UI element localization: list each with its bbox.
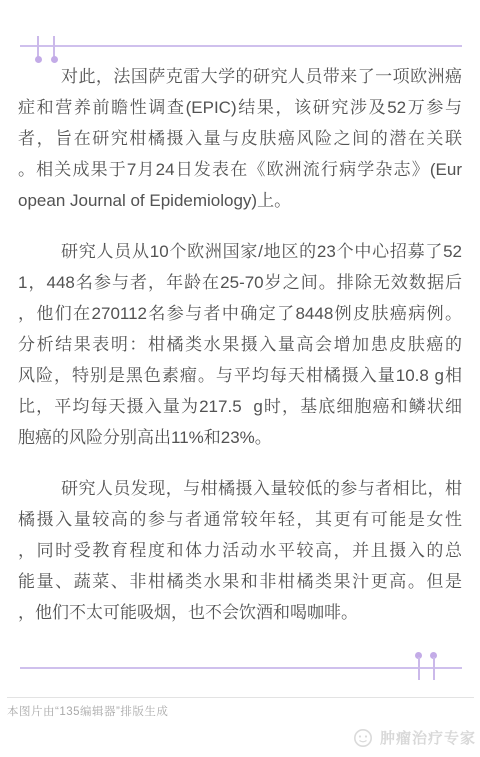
text-line: 研究人员从10个欧洲国家/地区的23个中心招募了52 — [18, 236, 462, 267]
text-line: 对此，法国萨克雷大学的研究人员带来了一项欧洲癌 — [18, 61, 462, 92]
watermark-label: 肿瘤治疗专家 — [380, 727, 476, 748]
text-line: 能量、蔬菜、非柑橘类水果和非柑橘类果汁更高。但是 — [18, 566, 462, 597]
divider-line-top — [20, 45, 462, 47]
text-line: 症和营养前瞻性调查(EPIC)结果，该研究涉及52万参与 — [18, 92, 462, 123]
text-line: 胞癌的风险分别高出11%和23%。 — [18, 422, 462, 453]
text-line: 。相关成果于7月24日发表在《欧洲流行病学杂志》(Eur — [18, 154, 462, 185]
watermark: 肿瘤治疗专家 — [353, 727, 476, 748]
text-line: 比，平均每天摄入量为217.5 g时，基底细胞癌和鳞状细 — [18, 391, 462, 422]
paragraph: 研究人员从10个欧洲国家/地区的23个中心招募了521，448名参与者，年龄在2… — [18, 236, 462, 453]
text-line: ，他们不太可能吸烟，也不会饮酒和喝咖啡。 — [18, 597, 462, 628]
text-line: 分析结果表明：柑橘类水果摄入量高会增加患皮肤癌的 — [18, 329, 462, 360]
paragraph: 对此，法国萨克雷大学的研究人员带来了一项欧洲癌症和营养前瞻性调查(EPIC)结果… — [18, 61, 462, 216]
text-line: opean Journal of Epidemiology)上。 — [18, 185, 462, 216]
divider-line-bottom — [20, 667, 462, 669]
paragraph: 研究人员发现，与柑橘摄入量较低的参与者相比，柑橘摄入量较高的参与者通常较年轻，其… — [18, 473, 462, 628]
quote-pin-icon — [37, 36, 39, 57]
text-line: 橘摄入量较高的参与者通常较年轻，其更有可能是女性 — [18, 504, 462, 535]
text-line: 者，旨在研究柑橘摄入量与皮肤癌风险之间的潜在关联 — [18, 123, 462, 154]
text-line: 风险，特别是黑色素瘤。与平均每天柑橘摄入量10.8 g相 — [18, 360, 462, 391]
footer-divider — [7, 697, 474, 698]
quote-pin-icon — [418, 657, 420, 680]
article-body: 对此，法国萨克雷大学的研究人员带来了一项欧洲癌症和营养前瞻性调查(EPIC)结果… — [18, 61, 462, 648]
article-page: 对此，法国萨克雷大学的研究人员带来了一项欧洲癌症和营养前瞻性调查(EPIC)结果… — [0, 0, 480, 757]
quote-pin-icon — [53, 36, 55, 57]
text-line: 1，448名参与者，年龄在25-70岁之间。排除无效数据后 — [18, 267, 462, 298]
text-line: 研究人员发现，与柑橘摄入量较低的参与者相比，柑 — [18, 473, 462, 504]
watermark-logo-icon — [353, 728, 373, 748]
text-line: ，他们在270112名参与者中确定了8448例皮肤癌病例。 — [18, 298, 462, 329]
text-line: ，同时受教育程度和体力活动水平较高，并且摄入的总 — [18, 535, 462, 566]
quote-pin-icon — [433, 657, 435, 680]
footer-credit: 本图片由“135编辑器”排版生成 — [7, 703, 168, 719]
